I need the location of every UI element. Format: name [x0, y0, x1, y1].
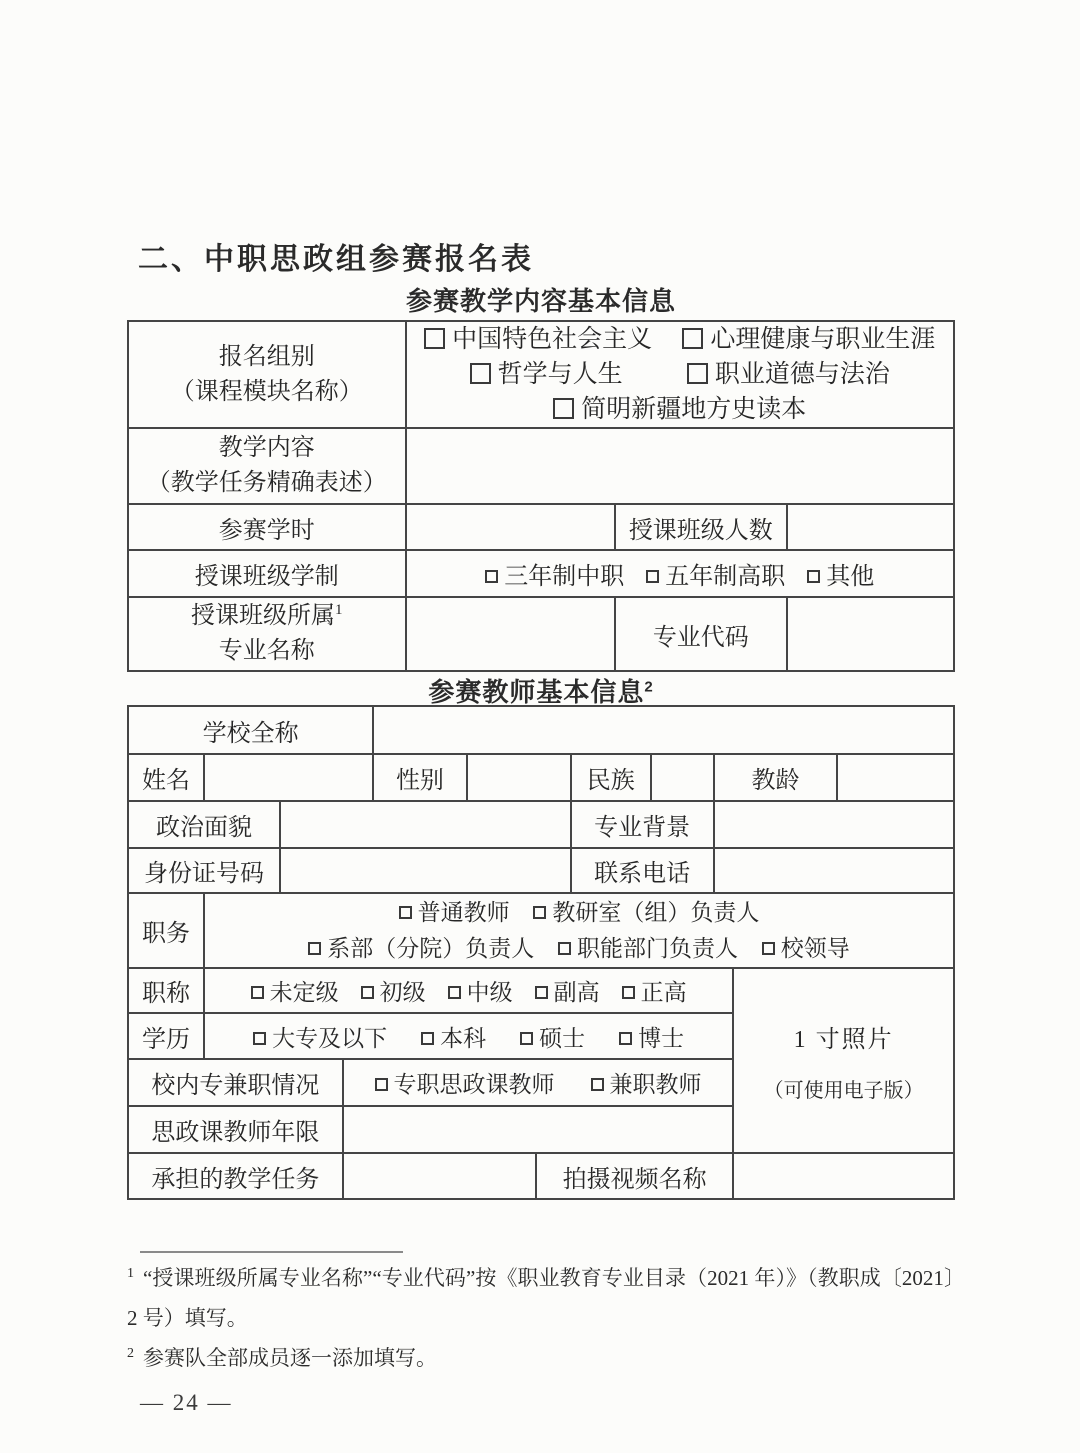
- contest-hours-value-cell: [406, 504, 615, 550]
- major-name-label-text: 授课班级所属: [191, 603, 335, 629]
- szk-teaching-years-label-cell: 思政课教师年限: [128, 1106, 343, 1153]
- checkbox-icon: [646, 570, 659, 583]
- option-label: 心理健康与职业生涯: [710, 326, 935, 353]
- checkbox-icon: [375, 1078, 388, 1091]
- table-row: 职称 未定级 初级 中级 副高 正高 1 寸照片 （可使用电子版）: [128, 968, 954, 1013]
- photo-label: 1 寸照片: [736, 1019, 951, 1054]
- checkbox-icon: [622, 986, 635, 999]
- teaching-content-label-line2: （教学任务精确表述）: [131, 466, 403, 501]
- employment-type-options-cell: 专职思政课教师 兼职教师: [343, 1059, 734, 1106]
- schooling-system-label-cell: 授课班级学制: [128, 550, 406, 597]
- position-label-cell: 职务: [128, 893, 204, 968]
- ethnicity-label-cell: 民族: [571, 754, 651, 801]
- page-number: — 24 —: [140, 1390, 233, 1416]
- option-心理健康与职业生涯: 心理健康与职业生涯: [682, 326, 935, 353]
- teaching-content-value-cell: [406, 428, 954, 504]
- option-中级: 中级: [448, 980, 513, 1005]
- checkbox-icon: [399, 906, 412, 919]
- option-中国特色社会主义: 中国特色社会主义: [424, 326, 652, 353]
- table1-caption-text: 参赛教学内容基本信息: [406, 286, 676, 316]
- checkbox-icon: [533, 906, 546, 919]
- option-初级: 初级: [361, 980, 426, 1005]
- option-职能部门负责人: 职能部门负责人: [558, 936, 738, 961]
- option-教研室负责人: 教研室（组）负责人: [533, 900, 759, 925]
- option-label: 大专及以下: [272, 1026, 387, 1051]
- major-code-value-cell: [787, 597, 954, 671]
- table-row: 报名组别 （课程模块名称） 中国特色社会主义 心理健康与职业生涯 哲学与人生 职…: [128, 321, 954, 428]
- option-副高: 副高: [535, 980, 600, 1005]
- class-size-value-cell: [787, 504, 954, 550]
- checkbox-icon: [762, 942, 775, 955]
- checkbox-icon: [424, 328, 445, 349]
- teaching-age-label-cell: 教龄: [714, 754, 838, 801]
- group-options-line2: 哲学与人生 职业道德与法治: [409, 357, 951, 392]
- professional-background-label-cell: 专业背景: [571, 801, 714, 848]
- teaching-age-value-cell: [837, 754, 954, 801]
- option-label: 三年制中职: [504, 564, 624, 590]
- option-五年制高职: 五年制高职: [646, 564, 785, 590]
- class-size-label-cell: 授课班级人数: [615, 504, 788, 550]
- footnote-ref-1: 1: [335, 602, 343, 618]
- teaching-content-label-line1: 教学内容: [131, 431, 403, 466]
- video-title-label-cell: 拍摄视频名称: [536, 1153, 733, 1199]
- checkbox-icon: [520, 1032, 533, 1045]
- table-row: 授课班级所属1 专业名称 专业代码: [128, 597, 954, 671]
- education-label-cell: 学历: [128, 1013, 204, 1059]
- schooling-system-options-cell: 三年制中职 五年制高职 其他: [406, 550, 954, 597]
- title-rank-options-cell: 未定级 初级 中级 副高 正高: [204, 968, 733, 1013]
- checkbox-icon: [448, 986, 461, 999]
- gender-label-cell: 性别: [373, 754, 466, 801]
- option-label: 初级: [380, 980, 426, 1005]
- phone-value-cell: [714, 848, 954, 893]
- education-options-cell: 大专及以下 本科 硕士 博士: [204, 1013, 733, 1059]
- table1-caption: 参赛教学内容基本信息: [127, 281, 955, 318]
- option-label: 正高: [641, 980, 687, 1005]
- group-label-line2: （课程模块名称）: [131, 375, 403, 410]
- footnote-1-marker: 1: [127, 1266, 134, 1281]
- group-options-cell: 中国特色社会主义 心理健康与职业生涯 哲学与人生 职业道德与法治 简明新疆地方史…: [406, 321, 954, 428]
- option-系部负责人: 系部（分院）负责人: [308, 936, 534, 961]
- major-name-value-cell: [406, 597, 615, 671]
- table-row: 承担的教学任务 拍摄视频名称: [128, 1153, 954, 1199]
- szk-teaching-years-value-cell: [343, 1106, 734, 1153]
- ethnicity-value-cell: [651, 754, 714, 801]
- footnote-2-text: 参赛队全部成员逐一添加填写。: [143, 1346, 437, 1370]
- option-职业道德与法治: 职业道德与法治: [687, 361, 890, 388]
- checkbox-icon: [535, 986, 548, 999]
- option-label: 兼职教师: [610, 1072, 702, 1097]
- photo-cell: 1 寸照片 （可使用电子版）: [733, 968, 954, 1153]
- option-label: 系部（分院）负责人: [327, 936, 534, 961]
- footnote-1-text: “授课班级所属专业名称”“专业代码”按《职业教育专业目录（2021 年）》（教职…: [127, 1266, 965, 1330]
- checkbox-icon: [807, 570, 820, 583]
- checkbox-icon: [253, 1032, 266, 1045]
- option-校领导: 校领导: [762, 936, 850, 961]
- contest-hours-label-cell: 参赛学时: [128, 504, 406, 550]
- option-label: 博士: [638, 1026, 684, 1051]
- option-label: 中国特色社会主义: [452, 326, 652, 353]
- option-label: 五年制高职: [665, 564, 785, 590]
- id-number-value-cell: [280, 848, 571, 893]
- option-label: 简明新疆地方史读本: [581, 396, 806, 423]
- option-label: 教研室（组）负责人: [552, 900, 759, 925]
- option-label: 职能部门负责人: [577, 936, 738, 961]
- option-兼职教师: 兼职教师: [591, 1072, 702, 1097]
- document-page: 二、中职思政组参赛报名表 参赛教学内容基本信息 报名组别 （课程模块名称） 中国…: [0, 0, 1080, 1453]
- table-row: 教学内容 （教学任务精确表述）: [128, 428, 954, 504]
- option-label: 其他: [826, 564, 874, 590]
- group-label-cell: 报名组别 （课程模块名称）: [128, 321, 406, 428]
- professional-background-value-cell: [714, 801, 954, 848]
- option-本科: 本科: [421, 1026, 486, 1051]
- option-label: 哲学与人生: [498, 361, 623, 388]
- employment-type-label-cell: 校内专兼职情况: [128, 1059, 343, 1106]
- checkbox-icon: [361, 986, 374, 999]
- teaching-content-table: 报名组别 （课程模块名称） 中国特色社会主义 心理健康与职业生涯 哲学与人生 职…: [127, 320, 955, 672]
- footnote-ref-2: 2: [644, 678, 653, 695]
- table-row: 参赛学时 授课班级人数: [128, 504, 954, 550]
- political-status-value-cell: [280, 801, 571, 848]
- teaching-content-label-cell: 教学内容 （教学任务精确表述）: [128, 428, 406, 504]
- footnote-1: 1“授课班级所属专业名称”“专业代码”按《职业教育专业目录（2021 年）》（教…: [127, 1258, 965, 1338]
- checkbox-icon: [682, 328, 703, 349]
- option-label: 中级: [467, 980, 513, 1005]
- title-rank-label-cell: 职称: [128, 968, 204, 1013]
- major-name-label-line1: 授课班级所属1: [131, 599, 403, 634]
- political-status-label-cell: 政治面貌: [128, 801, 280, 848]
- group-options-line3: 简明新疆地方史读本: [409, 392, 951, 427]
- major-name-label-cell: 授课班级所属1 专业名称: [128, 597, 406, 671]
- option-未定级: 未定级: [251, 980, 339, 1005]
- option-label: 硕士: [539, 1026, 585, 1051]
- school-name-label-cell: 学校全称: [128, 706, 373, 754]
- footnote-2-marker: 2: [127, 1346, 134, 1361]
- phone-label-cell: 联系电话: [571, 848, 714, 893]
- table-row: 授课班级学制 三年制中职 五年制高职 其他: [128, 550, 954, 597]
- group-label-line1: 报名组别: [131, 340, 403, 375]
- gender-value-cell: [467, 754, 571, 801]
- photo-note: （可使用电子版）: [736, 1074, 951, 1103]
- checkbox-icon: [470, 363, 491, 384]
- video-title-value-cell: [733, 1153, 954, 1199]
- checkbox-icon: [591, 1078, 604, 1091]
- name-value-cell: [204, 754, 373, 801]
- position-options-line2: 系部（分院）负责人 职能部门负责人 校领导: [207, 931, 951, 967]
- checkbox-icon: [308, 942, 321, 955]
- option-label: 普通教师: [418, 900, 510, 925]
- major-code-label-cell: 专业代码: [615, 597, 788, 671]
- option-硕士: 硕士: [520, 1026, 585, 1051]
- option-其他: 其他: [807, 564, 874, 590]
- checkbox-icon: [687, 363, 708, 384]
- option-label: 副高: [554, 980, 600, 1005]
- checkbox-icon: [619, 1032, 632, 1045]
- table-row: 职务 普通教师 教研室（组）负责人 系部（分院）负责人 职能部门负责人 校领导: [128, 893, 954, 968]
- option-label: 校领导: [781, 936, 850, 961]
- option-正高: 正高: [622, 980, 687, 1005]
- footnote-divider: [140, 1251, 403, 1253]
- checkbox-icon: [251, 986, 264, 999]
- checkbox-icon: [485, 570, 498, 583]
- option-三年制中职: 三年制中职: [485, 564, 624, 590]
- footnote-2: 2参赛队全部成员逐一添加填写。: [127, 1338, 965, 1378]
- option-简明新疆地方史读本: 简明新疆地方史读本: [553, 396, 806, 423]
- option-label: 职业道德与法治: [715, 361, 890, 388]
- table-row: 学校全称: [128, 706, 954, 754]
- option-普通教师: 普通教师: [399, 900, 510, 925]
- school-name-value-cell: [373, 706, 954, 754]
- name-label-cell: 姓名: [128, 754, 204, 801]
- teaching-tasks-value-cell: [343, 1153, 536, 1199]
- position-options-line1: 普通教师 教研室（组）负责人: [207, 895, 951, 931]
- table2-caption: 参赛教师基本信息2: [127, 672, 955, 709]
- major-name-label-line2: 专业名称: [131, 634, 403, 669]
- id-number-label-cell: 身份证号码: [128, 848, 280, 893]
- position-options-cell: 普通教师 教研室（组）负责人 系部（分院）负责人 职能部门负责人 校领导: [204, 893, 954, 968]
- option-label: 未定级: [270, 980, 339, 1005]
- table-row: 姓名 性别 民族 教龄: [128, 754, 954, 801]
- teacher-info-table: 学校全称 姓名 性别 民族 教龄 政治面貌 专业背景 身份证号码 联系电话 职务: [127, 705, 955, 1200]
- option-label: 专职思政课教师: [394, 1072, 555, 1097]
- table2-caption-text: 参赛教师基本信息: [428, 677, 644, 707]
- option-博士: 博士: [619, 1026, 684, 1051]
- option-label: 本科: [440, 1026, 486, 1051]
- group-options-line1: 中国特色社会主义 心理健康与职业生涯: [409, 322, 951, 357]
- option-大专及以下: 大专及以下: [253, 1026, 387, 1051]
- teaching-tasks-label-cell: 承担的教学任务: [128, 1153, 343, 1199]
- table-row: 身份证号码 联系电话: [128, 848, 954, 893]
- checkbox-icon: [558, 942, 571, 955]
- page-title: 二、中职思政组参赛报名表: [138, 234, 534, 278]
- option-哲学与人生: 哲学与人生: [470, 361, 623, 388]
- option-专职思政课教师: 专职思政课教师: [375, 1072, 555, 1097]
- table-row: 政治面貌 专业背景: [128, 801, 954, 848]
- footnotes: 1“授课班级所属专业名称”“专业代码”按《职业教育专业目录（2021 年）》（教…: [127, 1258, 965, 1378]
- checkbox-icon: [553, 398, 574, 419]
- checkbox-icon: [421, 1032, 434, 1045]
